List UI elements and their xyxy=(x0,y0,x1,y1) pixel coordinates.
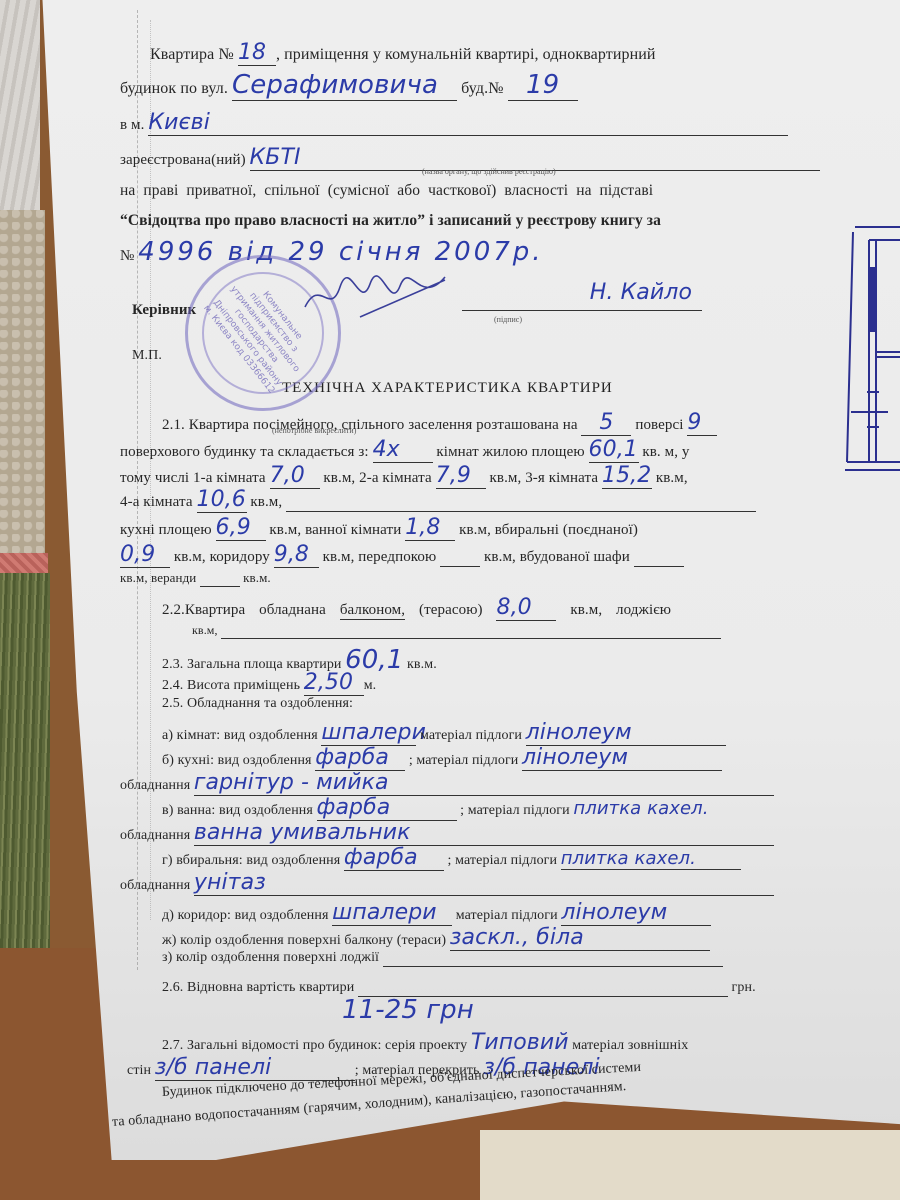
ownership-line: на праві приватної, спільної (сумісної а… xyxy=(120,182,653,200)
signature-caption: (підпис) xyxy=(494,315,522,324)
background-green-fabric xyxy=(0,573,50,948)
apartment-line: Квартира № 18, приміщення у комунальній … xyxy=(150,40,656,66)
label: будинок по вул. xyxy=(120,80,228,97)
label: ж) колір оздоблення поверхні балкону (те… xyxy=(162,933,446,948)
label: матеріал зовнішніх xyxy=(572,1038,688,1053)
label: матеріал підлоги xyxy=(456,908,558,923)
hallway-area xyxy=(440,549,480,567)
rooms-count: 4х xyxy=(373,437,433,463)
strike-caption: (непотрібне викреслити) xyxy=(272,426,356,435)
label: кв.м, вбиральні (поєднаної) xyxy=(459,522,638,538)
room1-area: 7,0 xyxy=(270,463,320,489)
label: кв.м, коридору xyxy=(174,549,270,565)
label: кв.м, веранди xyxy=(120,570,196,585)
section-2-5-title: 2.5. Обладнання та оздоблення: xyxy=(162,696,353,712)
toilet-finish-line: г) вбиральня: вид оздоблення фарба ; мат… xyxy=(162,845,741,871)
label: а) кімнат: вид оздоблення xyxy=(162,728,318,743)
label: , приміщення у комунальній квартирі, одн… xyxy=(276,46,656,63)
label: кв.м. xyxy=(407,657,437,672)
kitchen-floor: лінолеум xyxy=(522,745,722,771)
corridor-area: 9,8 xyxy=(274,542,319,568)
section-2-2-line2: кв.м, xyxy=(192,623,721,639)
bath-finish-line: в) ванна: вид оздоблення фарба ; матеріа… xyxy=(162,795,709,821)
label: № xyxy=(120,248,134,264)
label: кв.м, 3-я кімната xyxy=(490,470,599,486)
label: 2.2.Квартира обладнана xyxy=(162,602,326,618)
label: поверсі xyxy=(635,417,683,433)
section-2-1-line3: тому числі 1-а кімната 7,0 кв.м, 2-а кім… xyxy=(120,463,688,489)
label: кв.м, 2-а кімната xyxy=(323,470,431,486)
label: кв.м, xyxy=(250,494,282,510)
bath-floor: плитка кахел. xyxy=(573,798,708,819)
rooms-finish-line: а) кімнат: вид оздоблення шпалери матері… xyxy=(162,720,726,746)
background-curtain xyxy=(0,0,40,210)
loggia-color xyxy=(383,950,723,967)
floors-total-value: 9 xyxy=(687,410,717,436)
house-number: 19 xyxy=(508,70,578,101)
label: кв.м, передпокою xyxy=(323,549,437,565)
signer-name: Н. Кайло xyxy=(590,280,692,305)
label: обладнання xyxy=(120,828,190,843)
section-2-1-line1: 2.1. Квартира посімейного, спільного зас… xyxy=(162,410,717,436)
closet-area xyxy=(634,549,684,567)
floor-value: 5 xyxy=(581,410,631,436)
label: 2.7. Загальні відомості про будинок: сер… xyxy=(162,1038,467,1053)
kitchen-finish: фарба xyxy=(315,745,405,771)
label: тому числі 1-а кімната xyxy=(120,470,266,486)
label: д) коридор: вид оздоблення xyxy=(162,908,329,923)
section-2-4: 2.4. Висота приміщень 2,50м. xyxy=(162,670,376,696)
label: 2.6. Відновна вартість квартири xyxy=(162,980,354,995)
room2-area: 7,9 xyxy=(436,463,486,489)
label: поверхового будинку та складається з: xyxy=(120,444,369,460)
label: кв.м, ванної кімнати xyxy=(269,522,401,538)
label: ; матеріал підлоги xyxy=(460,803,570,818)
balcony-color: заскл., біла xyxy=(450,925,710,951)
document-page: Квартира № 18, приміщення у комунальній … xyxy=(42,0,900,1160)
balcony-color-line: ж) колір оздоблення поверхні балкону (те… xyxy=(162,925,710,951)
section-2-1-line6: 0,9 кв.м, коридору 9,8 кв.м, передпокою … xyxy=(120,542,684,568)
label: матеріал підлоги xyxy=(420,728,522,743)
section-2-1-line7: кв.м, веранди кв.м. xyxy=(120,570,271,587)
section-title: ТЕХНІЧНА ХАРАКТЕРИСТИКА КВАРТИРИ xyxy=(282,380,613,397)
toilet-equipment-line: обладнання унітаз xyxy=(120,870,774,896)
label: кухні площею xyxy=(120,522,212,538)
label: кв.м, xyxy=(192,623,218,637)
bath-finish: фарба xyxy=(317,795,457,821)
registrar-caption: (назва органу, що здійснив реєстрацію) xyxy=(422,167,556,176)
label: обладнання xyxy=(120,878,190,893)
bath-equipment: ванна умивальник xyxy=(194,820,774,846)
label: кв.м, вбудованої шафи xyxy=(484,549,630,565)
loggia-color-line: з) колір оздоблення поверхні лоджії xyxy=(162,950,723,967)
signature-scribble xyxy=(300,272,450,322)
project-series: Типовий xyxy=(471,1030,569,1055)
section-2-1-line5: кухні площею 6,9 кв.м, ванної кімнати 1,… xyxy=(120,515,638,541)
balcony-option: балконом, xyxy=(340,602,405,620)
label: 4-а кімната xyxy=(120,494,193,510)
apartment-number: 18 xyxy=(238,40,276,66)
background-knit-fabric xyxy=(0,210,45,555)
label: г) вбиральня: вид оздоблення xyxy=(162,853,340,868)
section-2-1-line2: поверхового будинку та складається з: 4х… xyxy=(120,437,690,463)
kitchen-area: 6,9 xyxy=(216,515,266,541)
corridor-floor: лінолеум xyxy=(561,900,711,926)
floor-plan-drawing xyxy=(843,222,900,480)
bath-equipment-line: обладнання ванна умивальник xyxy=(120,820,774,846)
registry-number: 4996 від 29 січня 2007р. xyxy=(138,237,543,267)
room3-area: 15,2 xyxy=(602,463,652,489)
label: буд.№ xyxy=(461,80,503,97)
section-2-2-line1: 2.2.Квартира обладнана балконом, (терасо… xyxy=(162,595,671,621)
label: кв.м, xyxy=(656,470,688,486)
label: ; матеріал підлоги xyxy=(448,853,558,868)
room4-area: 10,6 xyxy=(197,487,247,513)
label: зареєстрована(ний) xyxy=(120,152,246,168)
label: 2.4. Висота приміщень xyxy=(162,678,300,693)
label: 2.1. Квартира посімейного, спільного зас… xyxy=(162,417,578,433)
street-line: будинок по вул. Серафимовича буд.№ 19 xyxy=(120,70,578,101)
background-stripe xyxy=(0,553,48,573)
street-name: Серафимовича xyxy=(232,70,457,101)
label: кв.м. xyxy=(243,570,271,585)
label: в м. xyxy=(120,117,144,133)
toilet-floor: плитка кахел. xyxy=(561,848,741,870)
city-name: Києві xyxy=(148,110,788,136)
label: з) колір оздоблення поверхні лоджії xyxy=(162,950,379,965)
label: кв.м, лоджією xyxy=(570,602,671,618)
rooms-finish: шпалери xyxy=(321,720,416,746)
background-light-surface xyxy=(480,1130,900,1200)
kitchen-finish-line: б) кухні: вид оздоблення фарба ; матеріа… xyxy=(162,745,722,771)
label: б) кухні: вид оздоблення xyxy=(162,753,312,768)
registry-number-line: № 4996 від 29 січня 2007р. xyxy=(120,237,544,267)
label: Квартира № xyxy=(150,46,234,63)
label: грн. xyxy=(732,980,756,995)
kitchen-equipment: гарнітур - мийка xyxy=(194,770,774,796)
bath-area: 1,8 xyxy=(405,515,455,541)
toilet-finish: фарба xyxy=(344,845,444,871)
veranda-area xyxy=(200,570,240,587)
kitchen-equipment-line: обладнання гарнітур - мийка xyxy=(120,770,774,796)
label: (терасою) xyxy=(419,602,483,618)
ceiling-height: 2,50 xyxy=(304,670,364,696)
seal-label: М.П. xyxy=(132,348,162,364)
restoration-value: 11-25 грн xyxy=(342,995,474,1025)
label: обладнання xyxy=(120,778,190,793)
section-2-1-line4: 4-а кімната 10,6 кв.м, xyxy=(120,487,756,513)
label: ; матеріал підлоги xyxy=(409,753,519,768)
terrace-area: 8,0 xyxy=(496,595,556,621)
section-2-7-line1: 2.7. Загальні відомості про будинок: сер… xyxy=(162,1030,688,1055)
label: кв. м, у xyxy=(642,444,689,460)
loggia-area xyxy=(221,623,721,639)
living-area: 60,1 xyxy=(589,437,639,463)
label: м. xyxy=(364,678,377,693)
certificate-line: “Свідоцтва про право власності на житло”… xyxy=(120,212,661,230)
toilet-area: 0,9 xyxy=(120,542,170,568)
signature-line: Н. Кайло xyxy=(462,280,702,311)
label: в) ванна: вид оздоблення xyxy=(162,803,313,818)
label: стін xyxy=(127,1063,151,1078)
city-line: в м. Києві xyxy=(120,110,788,136)
label: кімнат жилою площею xyxy=(436,444,584,460)
blank-line xyxy=(286,494,756,512)
corridor-finish: шпалери xyxy=(332,900,452,926)
rooms-floor: лінолеум xyxy=(526,720,726,746)
toilet-equipment: унітаз xyxy=(194,870,774,896)
corridor-finish-line: д) коридор: вид оздоблення шпалери матер… xyxy=(162,900,711,926)
